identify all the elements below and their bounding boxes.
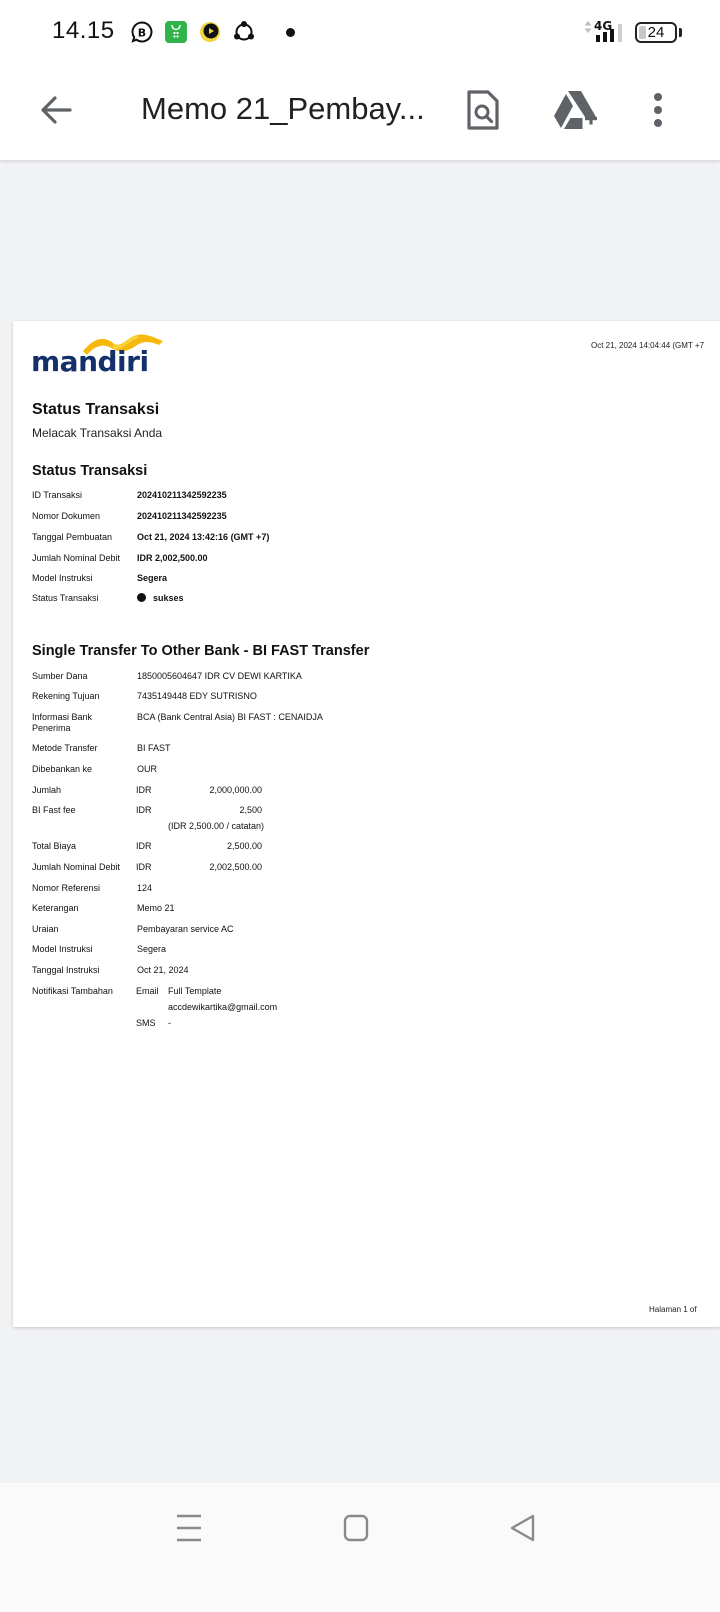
battery-level: 24 xyxy=(637,24,675,41)
add-to-drive-button[interactable] xyxy=(552,88,596,132)
battery-indicator: 24 xyxy=(635,22,677,43)
arrow-left-icon xyxy=(36,90,76,130)
signal-strength-icon xyxy=(596,24,626,47)
status-dot-icon xyxy=(137,593,146,602)
email-channel-label: Email xyxy=(136,986,159,996)
pdf-page: mandiri Oct 21, 2024 14:04:44 (GMT +7 St… xyxy=(13,321,720,1327)
document-search-icon xyxy=(461,88,505,132)
brand-name: mandiri xyxy=(31,345,149,378)
email-address: accdewikartika@gmail.com xyxy=(168,1002,277,1012)
page-number-footer: Halaman 1 of xyxy=(649,1305,697,1314)
page-heading: Status Transaksi xyxy=(32,401,159,419)
app-store-icon xyxy=(164,20,188,44)
status-badge: sukses xyxy=(137,593,184,603)
sms-value: - xyxy=(168,1018,171,1028)
mandiri-logo: mandiri xyxy=(31,329,171,385)
fee-note: (IDR 2,500.00 / catatan) xyxy=(168,821,264,831)
transfer-section-title: Single Transfer To Other Bank - BI FAST … xyxy=(32,643,369,659)
email-template: Full Template xyxy=(168,986,221,996)
more-options-button[interactable] xyxy=(636,88,680,132)
status-section-title: Status Transaksi xyxy=(32,463,147,479)
drive-add-icon xyxy=(552,88,600,132)
back-triangle-icon xyxy=(504,1511,544,1545)
sms-channel-label: SMS xyxy=(136,1018,156,1028)
printed-timestamp: Oct 21, 2024 14:04:44 (GMT +7 xyxy=(591,341,704,350)
business-chat-icon: B xyxy=(130,20,154,44)
more-vert-icon xyxy=(636,88,680,132)
data-activity-icon xyxy=(584,20,592,38)
share-app-icon xyxy=(232,20,256,44)
svg-text:B: B xyxy=(138,27,146,40)
status-bar: 14.15 B 4G 24 xyxy=(0,0,720,64)
system-navigation-bar xyxy=(0,1483,720,1612)
recents-button[interactable] xyxy=(169,1511,209,1545)
status-time: 14.15 xyxy=(52,17,115,45)
app-bar: Memo 21_Pembay... xyxy=(0,64,720,160)
home-button[interactable] xyxy=(336,1511,376,1545)
media-app-icon xyxy=(198,20,222,44)
home-square-icon xyxy=(336,1511,376,1545)
document-title: Memo 21_Pembay... xyxy=(141,91,431,127)
more-notifications-dot xyxy=(286,28,295,37)
page-subheading: Melacak Transaksi Anda xyxy=(32,426,162,440)
back-nav-button[interactable] xyxy=(504,1511,544,1545)
back-button[interactable] xyxy=(36,90,76,130)
battery-tip xyxy=(679,28,682,37)
find-in-document-button[interactable] xyxy=(461,88,505,132)
menu-lines-icon xyxy=(169,1511,209,1545)
